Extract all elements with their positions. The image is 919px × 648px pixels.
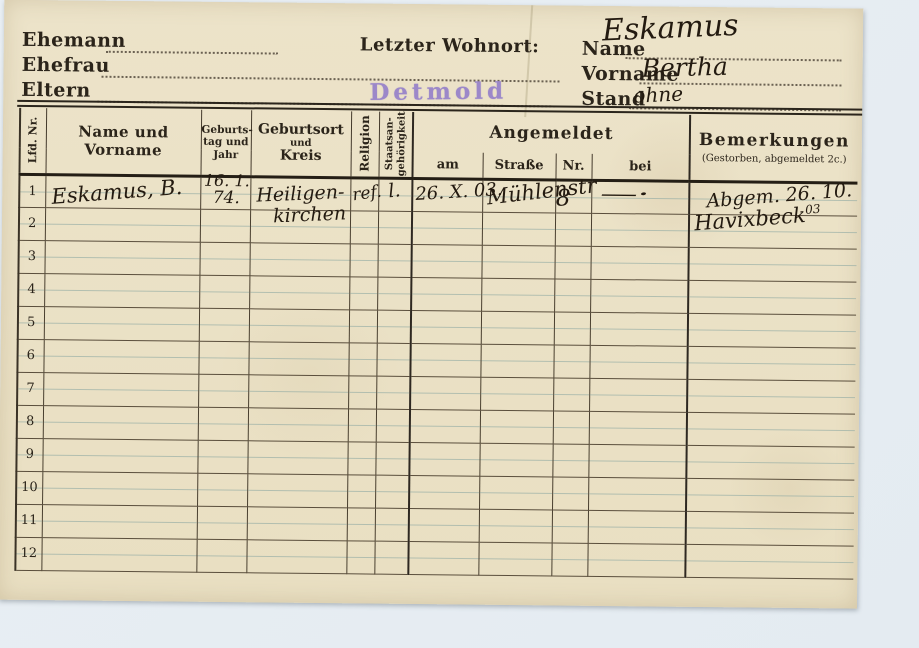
registration-card: Ehemann Ehefrau Eltern Letzter Wohnort: … [0,0,863,609]
column-header-religion: Religion [350,111,379,177]
column-header-am: am [412,152,482,179]
field-label-eltern: Eltern [21,79,91,102]
row-number: 3 [18,240,44,273]
paper-crease [524,5,533,117]
row-number: 2 [19,207,45,240]
row-number: 9 [16,438,42,471]
row-number: 11 [16,504,42,537]
handwritten-birthplace-line2: kirchen [272,202,346,227]
handwritten-surname: Eskamus [601,8,739,49]
handwritten-house-number: 8 [556,185,571,211]
row-number: 5 [18,306,44,339]
column-header-bei: bei [591,154,689,181]
cell-bei: —· [591,180,689,214]
column-header-lfd-nr: Lfd. Nr. [19,108,46,174]
handwritten-remark-year: 03 [805,201,821,216]
row-number: 8 [17,405,43,438]
registration-table: Lfd. Nr. Name und Vorname Geburts- tag u… [14,108,858,579]
column-header-staatsangehoerigkeit: Staatsan- gehörigkeit [378,112,413,178]
scanned-document-background: Ehemann Ehefrau Eltern Letzter Wohnort: … [0,0,919,648]
row-number: 10 [16,471,42,504]
cell-bemerkungen: Abgem. 26. 10. Havixbeck03 [689,181,857,216]
column-header-angemeldet: Angemeldet [413,112,690,155]
row-number: 6 [17,339,43,372]
handwritten-firstname: Bertha [641,52,728,83]
cell-geburtsort: Heiligen- kirchen [250,176,350,210]
row-number: 4 [18,273,44,306]
row-number: 7 [17,372,43,405]
cell-am: 26. X. 03. [412,178,482,212]
row-number: 12 [15,537,41,570]
column-header-bemerkungen: Bemerkungen (Gestorben, abgemeldet 2c.) [689,115,858,183]
handwritten-bei-dash: —· [600,181,650,207]
cell-religion: ref. [350,177,378,210]
cell-staatsangehoerigkeit: l. [378,178,412,211]
column-header-name-vorname: Name und Vorname [45,108,201,176]
cell-name: Eskamus, B. [45,174,200,209]
field-label-letzter-wohnort: Letzter Wohnort: [360,34,540,57]
column-header-geburtsort: Geburtsort und Kreis [250,110,351,177]
field-label-ehemann: Ehemann [22,29,126,52]
field-label-ehefrau: Ehefrau [22,54,110,77]
column-header-strasse: Straße [482,153,555,180]
handwritten-birth-year: 74. [213,187,240,207]
handwritten-entry-name: Eskamus, B. [50,174,182,208]
handwritten-stand: ohne [633,82,684,108]
handwritten-citizenship: l. [387,179,401,202]
detmold-ink-stamp: Detmold [369,78,507,106]
cell-geburtstag: 16. 1. 74. [200,176,250,210]
dotted-line-ehemann [106,51,278,55]
cell-strasse: Mühlenstr [482,179,555,213]
row-number: 1 [19,174,45,207]
handwritten-religion: ref. [351,181,383,205]
column-header-geburtstag: Geburts- tag und Jahr [200,110,251,177]
